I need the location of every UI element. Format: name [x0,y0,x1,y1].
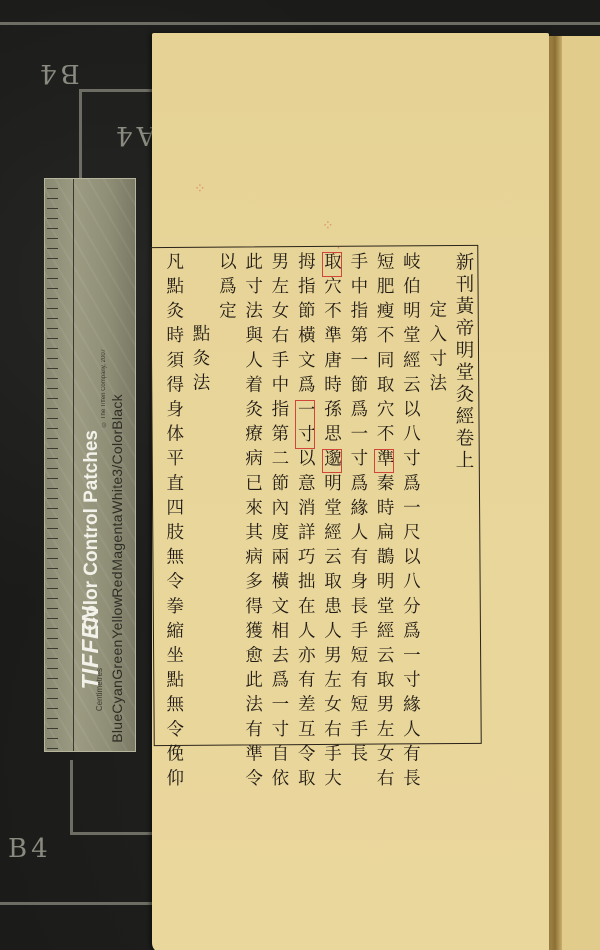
patch-label-3color: 3/Color [109,430,125,477]
board-line-lower-v [70,760,73,835]
board-line-top [0,22,600,25]
text-segment: 短肥瘦不同取穴不 [374,252,394,449]
centimetre-ruler [47,179,75,751]
color-control-strip: © The Tiffen Company, 2007 Centimetres T… [44,178,136,752]
classical-text-block: 新刊黃帝明堂灸經卷上 定入寸法 岐伯明堂經云以八寸爲一尺以八分爲一寸緣人有長 短… [160,252,476,742]
section-heading-inch-method: 定入寸法 [423,252,449,742]
text-segment: 明堂經云取患人男左女右手大 [322,473,342,793]
strip-copyright: © The Tiffen Company, 2007 [101,349,107,427]
red-correction-box: 準 [374,449,394,474]
text-column: 凡點灸時須得身体平直四肢無令拳縮坐點無令俛仰 [160,252,186,742]
text-segment: 短手長 [348,695,368,769]
book-gutter [548,36,562,950]
board-label-b4-bottom: B4 [8,834,52,864]
patch-label-red: Red [109,571,125,598]
text-column: 此寸法與人着灸療病已來其病多得獲愈此法有準令 [239,252,265,742]
section-heading-moxa-method: 點灸法 [187,252,213,742]
faded-seal-trace: ⁘ [322,218,334,234]
patch-labels: BlueCyanGreenYellowRedMagentaWhite3/Colo… [109,394,125,743]
patch-label-yellow: Yellow [109,598,125,640]
text-segment: 穴不準唐時孫思 [322,277,342,449]
patch-label-white: White [109,477,125,514]
text-column: 短肥瘦不同取穴不準秦時扁鵲明堂經云取男左女右 [371,252,397,742]
board-label-a4: A4 [112,120,155,150]
board-line-bottom [0,902,152,905]
text-segment: 秦時扁鵲明堂經云取男左女右 [374,473,394,793]
next-page-edge [562,36,600,950]
text-segment: 手中指第一節爲一寸爲緣人有身長手短有 [348,252,368,695]
board-label-b4-top: B4 [36,58,80,88]
text-column: 拇指節橫文爲一寸以意消詳巧拙在人亦有差互令取 [292,252,318,742]
board-line-lower-h [70,832,152,835]
patch-label-blue: Blue [109,714,125,743]
patch-label-green: Green [109,639,125,679]
board-line-inner-h [79,89,154,92]
patch-label-magenta: Magenta [109,515,125,572]
text-segment: 拇指節橫文爲 [295,252,315,400]
ruler-edge [73,179,74,751]
text-segment: 以意消詳巧拙在人亦有差互令取 [295,449,315,793]
faded-seal-trace: ⁘ [194,181,206,197]
red-correction-box: 一寸 [295,400,315,449]
text-column: 手中指第一節爲一寸爲緣人有身長手短有短手長 [345,252,371,742]
board-line-inner-v [79,89,82,179]
text-column: 岐伯明堂經云以八寸爲一尺以八分爲一寸緣人有長 [397,252,423,742]
patch-label-cyan: Cyan [109,680,125,714]
red-correction-box: 邈 [322,449,342,474]
red-correction-box: 取 [322,252,342,277]
book-title: 新刊黃帝明堂灸經卷上 [450,252,476,742]
text-column: 取穴不準唐時孫思邈明堂經云取患人男左女右手大 [318,252,344,742]
patch-label-black: Black [109,394,125,430]
text-column: 以爲定 [213,252,239,742]
strip-title: Color Control Patches [81,430,103,631]
text-column: 男左女右手中指第二節內度兩橫文相去爲一寸自依 [266,252,292,742]
